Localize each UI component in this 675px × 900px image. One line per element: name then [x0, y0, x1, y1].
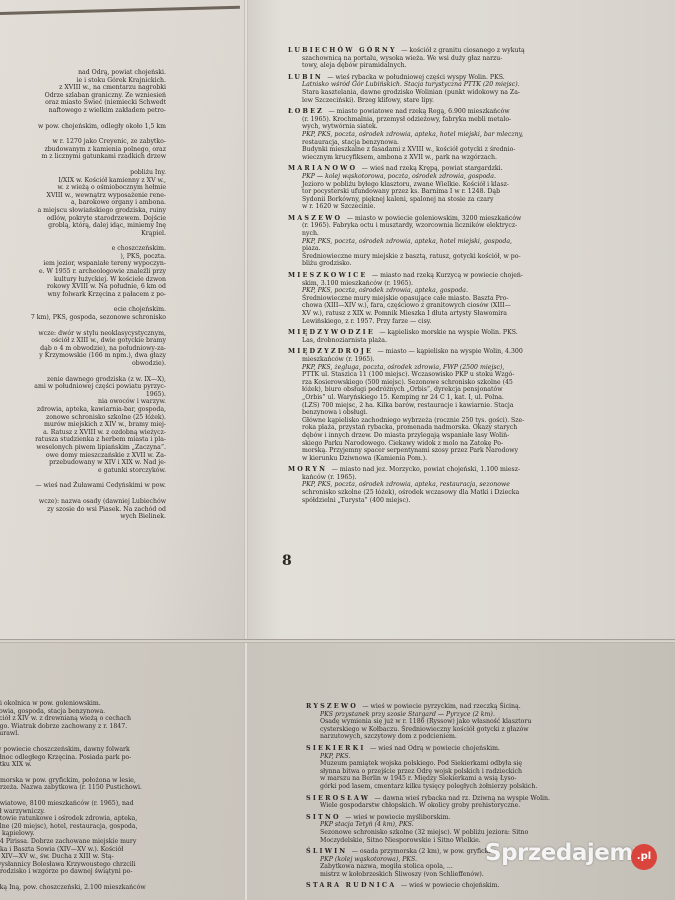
- entry-line: Sezonowe schronisko szkolne (32 miejsc).…: [306, 829, 646, 837]
- text-line: ), PKS, poczta.: [0, 253, 166, 261]
- text-line: a. Ratusz z XVIII w. z ozdobną wieżycz-: [0, 429, 166, 437]
- text-line: — wieś nad Żuławami Cedyńskimi w pow.: [0, 482, 166, 490]
- gazetteer-column: LUBIECHÓW GÓRNY — kościół z granitu cios…: [288, 47, 643, 508]
- entry-line: wych, wytwórnia siatek.: [288, 123, 643, 131]
- text-line: pobliżu Iny.: [0, 169, 166, 177]
- bottom-left-column-text: ni okolnica w pow. goleniowskim.rowia, g…: [0, 700, 176, 899]
- entry-line: benzynowa i obsługi.: [288, 409, 643, 417]
- text-line: owe domy mieszczańskie z XVII w. Za-: [0, 452, 166, 460]
- entry-line: Średniowieczne mury miejskie z basztą, r…: [288, 253, 643, 261]
- entry-line: mistrz w kołobrzeskich Śliwoszy (von Sch…: [306, 871, 646, 879]
- text-line: m z licznymi gatunkami rzadkich drzew: [0, 153, 166, 161]
- text-line: e choszczeńskim.: [0, 245, 166, 253]
- entry-heading: LUBIN: [288, 73, 327, 81]
- entry-first-line: ŁOBEZ — miasto powiatowe nad rzeką Regą,…: [288, 108, 643, 116]
- entry-line: PKS przystanek przy szosie Stargard — Py…: [306, 711, 646, 719]
- gazetteer-entry: LUBIN — wieś rybacka w południowej częśc…: [288, 74, 643, 104]
- text-line: zbudowanym z kamienia polnego, oraz: [0, 146, 166, 154]
- entry-line: PKP, PKS, żegluga, poczta, ośrodek zdrow…: [288, 364, 643, 372]
- text-line: a miejscu słowiańskiego grodziska, ruiny: [0, 207, 166, 215]
- text-line: ał warzywniczy.: [0, 808, 176, 816]
- text-line: odlów, pokryte starodrzewem. Dojście: [0, 215, 166, 223]
- entry-heading: MIESZKOWICE: [288, 271, 372, 279]
- entry-line: rza Kosierowskiego (500 miejsc). Sezonow…: [288, 379, 643, 387]
- entry-line: (r. 1965). Krochmalnia, przemysł odzieżo…: [288, 116, 643, 124]
- text-line: ółnoc odległego Krzęcina. Posiada park p…: [0, 754, 176, 762]
- gazetteer-entry: LUBIECHÓW GÓRNY — kościół z granitu cios…: [288, 47, 643, 70]
- text-line: 7 km), PKS, gospoda, sezonowe schronisko: [0, 314, 166, 322]
- entry-line: PKP, PKS, poczta, ośrodek zdrowia, aptek…: [288, 481, 643, 489]
- text-line: grodzisko i wzgórze po dawnej świątyni p…: [0, 868, 176, 876]
- text-line: przebudowany w XIV i XIX w. Nad je-: [0, 459, 166, 467]
- entry-line: Latnisko wśród Gór Lubińskich. Stacja tu…: [288, 81, 643, 89]
- entry-first-line: MIĘDZYZDROJE — miasto — kąpielisko na wy…: [288, 348, 643, 356]
- watermark-brand: Sprzedajemy: [485, 840, 647, 866]
- entry-first-line: SITNO — wieś w powiecie myśliborskim.: [306, 814, 646, 822]
- entry-line: skiego Parku Narodowego. Ciekawy widok z…: [288, 440, 643, 448]
- entry-first-line: STARA RUDNICA — wieś w powiecie chojeńsk…: [306, 882, 646, 890]
- entry-heading: MIĘDZYWODZIE: [288, 328, 379, 336]
- entry-line: Budynki mieszkalne z fasadami z XVIII w.…: [288, 146, 643, 154]
- entry-heading: MORYŃ: [288, 465, 332, 473]
- gazetteer-entry: MIESZKOWICE — miasto nad rzeką Kurzycą w…: [288, 272, 643, 325]
- entry-first-line: LUBIN — wieś rybacka w południowej częśc…: [288, 74, 643, 82]
- text-line: ościół z XIII w., dwie gotyckie bramy: [0, 337, 166, 345]
- entry-line: Osadę wymienia się już w r. 1186 (Ryssow…: [306, 718, 646, 726]
- text-line: iem jezior, wspaniałe tereny wypoczyn-: [0, 260, 166, 268]
- text-line: nad Odrą, powiat chojeński.: [0, 69, 166, 77]
- text-line: eką Iną, pow. choszczeński, 2.100 mieszk…: [0, 884, 176, 892]
- text-line: a, barokowe organy i ambona.: [0, 199, 166, 207]
- entry-heading: SIEROSŁAW: [306, 794, 375, 802]
- gazetteer-entry: MIĘDZYWODZIE — kąpielisko morskie na wys…: [288, 329, 643, 344]
- gazetteer-entry: MORYŃ — miasto nad jez. Morzycko, powiat…: [288, 466, 643, 504]
- entry-line: wiecznym krucyfiksem, ambona z XVII w., …: [288, 154, 643, 162]
- text-line: 1965).: [0, 391, 166, 399]
- text-line: zonowe schronisko szkolne (25 łóżek).: [0, 414, 166, 422]
- text-line: kultury łużyckiej. W kościele dzwon: [0, 276, 166, 284]
- text-line: ie i stoku Górek Krajnickich.: [0, 77, 166, 85]
- entry-line: PKP, PKS, poczta, ośrodek zdrowia, aptek…: [288, 238, 643, 246]
- entry-line: restauracja, stacja benzynowa.: [288, 139, 643, 147]
- horizontal-fold: [0, 639, 675, 643]
- entry-heading: MIĘDZYZDROJE: [288, 347, 378, 355]
- text-line: oraz miasto Świeć (niemiecki Schwedt: [0, 99, 166, 107]
- text-line: zenie dawnego grodziska (z w. IX—X),: [0, 376, 166, 384]
- entry-heading: MARIANOWO: [288, 164, 362, 172]
- gazetteer-entry: RYSZEWO — wieś w powiecie pyrzyckim, nad…: [306, 703, 646, 741]
- entry-line: cysterskiego w Kołbaczu. Średniowieczny …: [306, 726, 646, 734]
- text-line: ątku XIX w.: [0, 761, 176, 769]
- entry-first-line: MARIANOWO — wieś nad rzeką Krępą, powiat…: [288, 165, 643, 173]
- page-number: 8: [282, 553, 292, 569]
- vertical-fold: [244, 0, 248, 900]
- entry-first-line: LUBIECHÓW GÓRNY — kościół z granitu cios…: [288, 47, 643, 55]
- entry-heading: ŁOBEZ: [288, 107, 328, 115]
- entry-line: towy, aleja dębów piramidalnych.: [288, 62, 643, 70]
- entry-line: w kierunku Dziwnowa (Kamienia Pom.).: [288, 455, 643, 463]
- entry-line: Wiele gospodarstw chłopskich. W okolicy …: [306, 802, 646, 810]
- entry-line: PKP, PKS, poczta, ośrodek zdrowia, aptek…: [288, 131, 643, 139]
- entry-line: schronisko szkolne (25 łóżek), ośrodek w…: [288, 489, 643, 497]
- gazetteer-entry: MASZEWO — miasto w powiecie goleniowskim…: [288, 215, 643, 268]
- entry-line: kańców (r. 1965).: [288, 474, 643, 482]
- entry-line: górki pod lasem, cmentarz kilku tysięcy …: [306, 783, 646, 791]
- text-line: n kąpielowy.: [0, 830, 176, 838]
- text-line: weselonych piwem lipiańskim „Zaczyna”.: [0, 444, 166, 452]
- text-line: murów miejskich z XIV w., bramy miej-: [0, 421, 166, 429]
- entry-line: PTTK ul. Staszica 11 (100 miejsc). Wczas…: [288, 371, 643, 379]
- text-line: nia owoców i warzyw.: [0, 398, 166, 406]
- text-line: wcze: dwór w stylu neoklasycystycznym,: [0, 330, 166, 338]
- text-line: ami w południowej części powiatu pyrzyc-: [0, 383, 166, 391]
- entry-line: skim, 3.100 mieszkańców (r. 1965).: [288, 280, 643, 288]
- text-line: żurawl.: [0, 730, 176, 738]
- text-line: olne (20 miejsc), hotel, restauracja, go…: [0, 823, 176, 831]
- watermark-badge: .pl: [631, 844, 657, 870]
- entry-line: w marszu na Berlin w 1945 r. Między Siek…: [306, 775, 646, 783]
- entry-line: Lewińskiego, z r. 1957. Przy farze — cis…: [288, 318, 643, 326]
- entry-line: Średniowieczne mury miejskie opasujące c…: [288, 295, 643, 303]
- entry-line: PKP, PKS, poczta, ośrodek zdrowia, aptek…: [288, 287, 643, 295]
- text-line: w r. 1270 jako Creyenic, ze zabytko-: [0, 138, 166, 146]
- text-line: wcze): nazwa osady (dawniej Lubiechów: [0, 498, 166, 506]
- text-line: groblą, którą, dalej idąc, miniemy Inę: [0, 222, 166, 230]
- entry-line: PKP — kolej wąskotorowa, poczta, ośrodek…: [288, 173, 643, 181]
- gazetteer-entry: ŁOBEZ — miasto powiatowe nad rzeką Regą,…: [288, 108, 643, 161]
- entry-first-line: SIEROSŁAW — dawna wieś rybacka nad rz. D…: [306, 795, 646, 803]
- gazetteer-entry: MARIANOWO — wieś nad rzeką Krępą, powiat…: [288, 165, 643, 211]
- entry-heading: ŚLIWIN: [306, 847, 352, 855]
- text-line: ratusza studzienka z herbem miasta i pla…: [0, 436, 166, 444]
- entry-line: roka plaża, przystań rybacka, promenada …: [288, 424, 643, 432]
- entry-line: bliżu grodzisko.: [288, 260, 643, 268]
- entry-line: piaza.: [288, 245, 643, 253]
- entry-first-line: MASZEWO — miasto w powiecie goleniowskim…: [288, 215, 643, 223]
- entry-line: szachownicą na portalu, wysoka wieża. We…: [288, 55, 643, 63]
- entry-line: Muzeum pamiątek wojska polskiego. Pod Si…: [306, 760, 646, 768]
- text-line: otowie ratunkowe i ośrodek zdrowia, apte…: [0, 815, 176, 823]
- text-line: ściół z XIV w. z drewnianą wieżą o cecha…: [0, 715, 176, 723]
- text-line: wysłannicy Bolesława Krzywoustego chrzci…: [0, 861, 176, 869]
- text-line: zy szosie do wsi Piasek. Na zachód od: [0, 506, 166, 514]
- entry-line: Główne kąpielisko zachodniego wybrzeża (…: [288, 417, 643, 425]
- text-line: owiatowe, 8100 mieszkańców (r. 1965), na…: [0, 800, 176, 808]
- entry-line: Las, drobnoziarnista plaża.: [288, 337, 643, 345]
- entry-first-line: SIEKIERKI — wieś nad Odrą w powiecie cho…: [306, 745, 646, 753]
- entry-first-line: MIESZKOWICE — miasto nad rzeką Kurzycą w…: [288, 272, 643, 280]
- entry-first-line: MIĘDZYWODZIE — kąpielisko morskie na wys…: [288, 329, 643, 337]
- entry-first-line: MORYŃ — miasto nad jez. Morzycko, powiat…: [288, 466, 643, 474]
- text-line: dąb o 4 m obwodzie), na południowy-za-: [0, 345, 166, 353]
- entry-line: morską. Przyjemny spacer serpentynami sz…: [288, 447, 643, 455]
- entry-first-line: RYSZEWO — wieś w powiecie pyrzyckim, nad…: [306, 703, 646, 711]
- entry-heading: SITNO: [306, 813, 345, 821]
- text-line: dmorska w pow. gryfickim, położona w les…: [0, 777, 176, 785]
- text-line: nka i Baszta Sowia (XIV—XV w.). Kościół: [0, 846, 176, 854]
- gazetteer-entry: SIEROSŁAW — dawna wieś rybacka nad rz. D…: [306, 795, 646, 810]
- text-line: Krąpiel.: [0, 230, 166, 238]
- entry-line: mieszkańców (r. 1965).: [288, 356, 643, 364]
- text-line: y Krzymowskie (166 m npm.), dwa głazy: [0, 352, 166, 360]
- text-line: naftowego z wielkim zakładem petro-: [0, 107, 166, 115]
- text-line: rowia, gospoda, stacja benzynowa.: [0, 708, 176, 716]
- entry-line: w r. 1620 w Szczecinie.: [288, 203, 643, 211]
- left-column-text: nad Odrą, powiat chojeński.ie i stoku Gó…: [0, 69, 166, 529]
- text-line: z XIV—XV w., św. Ducha z XIII w. Stą-: [0, 853, 176, 861]
- entry-heading: MASZEWO: [288, 214, 347, 222]
- entry-line: (r. 1965). Fabryka octu i musztardy, wzo…: [288, 222, 643, 230]
- text-line: 24 Pirissa. Dobrze zachowane miejskie mu…: [0, 838, 176, 846]
- entry-heading: STARA RUDNICA: [306, 881, 401, 889]
- entry-line: łóżek), biuro obsługi podróżnych „Orbis”…: [288, 386, 643, 394]
- text-line: brzeża. Nazwa zabytkowa (r. 1150 Pustich…: [0, 784, 176, 792]
- text-line: w. z wieżą o ośmiobocznym hełmie: [0, 184, 166, 192]
- text-line: wny folwark Krzęcina z pałacem z po-: [0, 291, 166, 299]
- entry-line: słynna bitwa o przejście przez Odrę wojs…: [306, 768, 646, 776]
- text-line: w pow. chojeńskim, odległy około 1,5 km: [0, 123, 166, 131]
- entry-line: dębów i innych drzew. Do miasta przylega…: [288, 432, 643, 440]
- entry-line: PKP, PKS.: [306, 753, 646, 761]
- entry-line: spółdzielni „Turysta” (400 miejsc).: [288, 497, 643, 505]
- entry-line: tor pocysterski ufundowany przez ks. Bar…: [288, 188, 643, 196]
- text-line: zdrowia, apteka, kawiarnia-bar, gospoda,: [0, 406, 166, 414]
- entry-line: Stara kasztelania, dawne grodzisko Wolin…: [288, 89, 643, 97]
- entry-line: narzutowych, szczytowy dom z podcieniem.: [306, 733, 646, 741]
- entry-line: „Orbis” ul. Waryńskiego 15. Kemping nr 2…: [288, 394, 643, 402]
- gazetteer-entry: SIEKIERKI — wieś nad Odrą w powiecie cho…: [306, 745, 646, 791]
- entry-line: nych.: [288, 230, 643, 238]
- text-line: obwodzie).: [0, 360, 166, 368]
- entry-heading: LUBIECHÓW GÓRNY: [288, 46, 401, 54]
- text-line: ecie chojeńskim.: [0, 306, 166, 314]
- gazetteer-entry: MIĘDZYZDROJE — miasto — kąpielisko na wy…: [288, 348, 643, 462]
- entry-line: Jezioro w pobliżu byłego klasztoru, zwan…: [288, 181, 643, 189]
- entry-line: Sydonii Borkówny, pięknej kaleni, spalon…: [288, 196, 643, 204]
- text-line: ni okolnica w pow. goleniowskim.: [0, 700, 176, 708]
- entry-line: chowa (XIII—XIV w.), fara, częściowo z g…: [288, 302, 643, 310]
- entry-line: XV w.), ratusz z XIX w. Pomnik Mieszka I…: [288, 310, 643, 318]
- entry-line: lew Szczeciński). Brzeg klifowy, stare l…: [288, 97, 643, 105]
- text-line: z XVIII w., na cmentarzu nagrobki: [0, 84, 166, 92]
- gazetteer-entry: STARA RUDNICA — wieś w powiecie chojeńsk…: [306, 882, 646, 890]
- entry-line: (LZS) 700 miejsc, 2 ha. Kilka barów, res…: [288, 402, 643, 410]
- text-line: e gatunki storczyków.: [0, 467, 166, 475]
- text-line: w powiecie choszczeńskim, dawny folwark: [0, 746, 176, 754]
- text-line: ego. Wiatrak dobrze zachowany z r. 1847.: [0, 723, 176, 731]
- text-line: I/XIX w. Kościół kamienny z XV w.,: [0, 177, 166, 185]
- text-line: e. W 1955 r. archeologowie znaleźli przy: [0, 268, 166, 276]
- entry-heading: SIEKIERKI: [306, 744, 370, 752]
- entry-line: PKP stacja Tetyń (4 km), PKS.: [306, 821, 646, 829]
- text-line: wych Bielinek.: [0, 513, 166, 521]
- text-line: rokowy XVIII w. Na południe, 6 km od: [0, 283, 166, 291]
- entry-heading: RYSZEWO: [306, 702, 362, 710]
- text-line: XVIII w., wewnątrz wyposażenie rene-: [0, 192, 166, 200]
